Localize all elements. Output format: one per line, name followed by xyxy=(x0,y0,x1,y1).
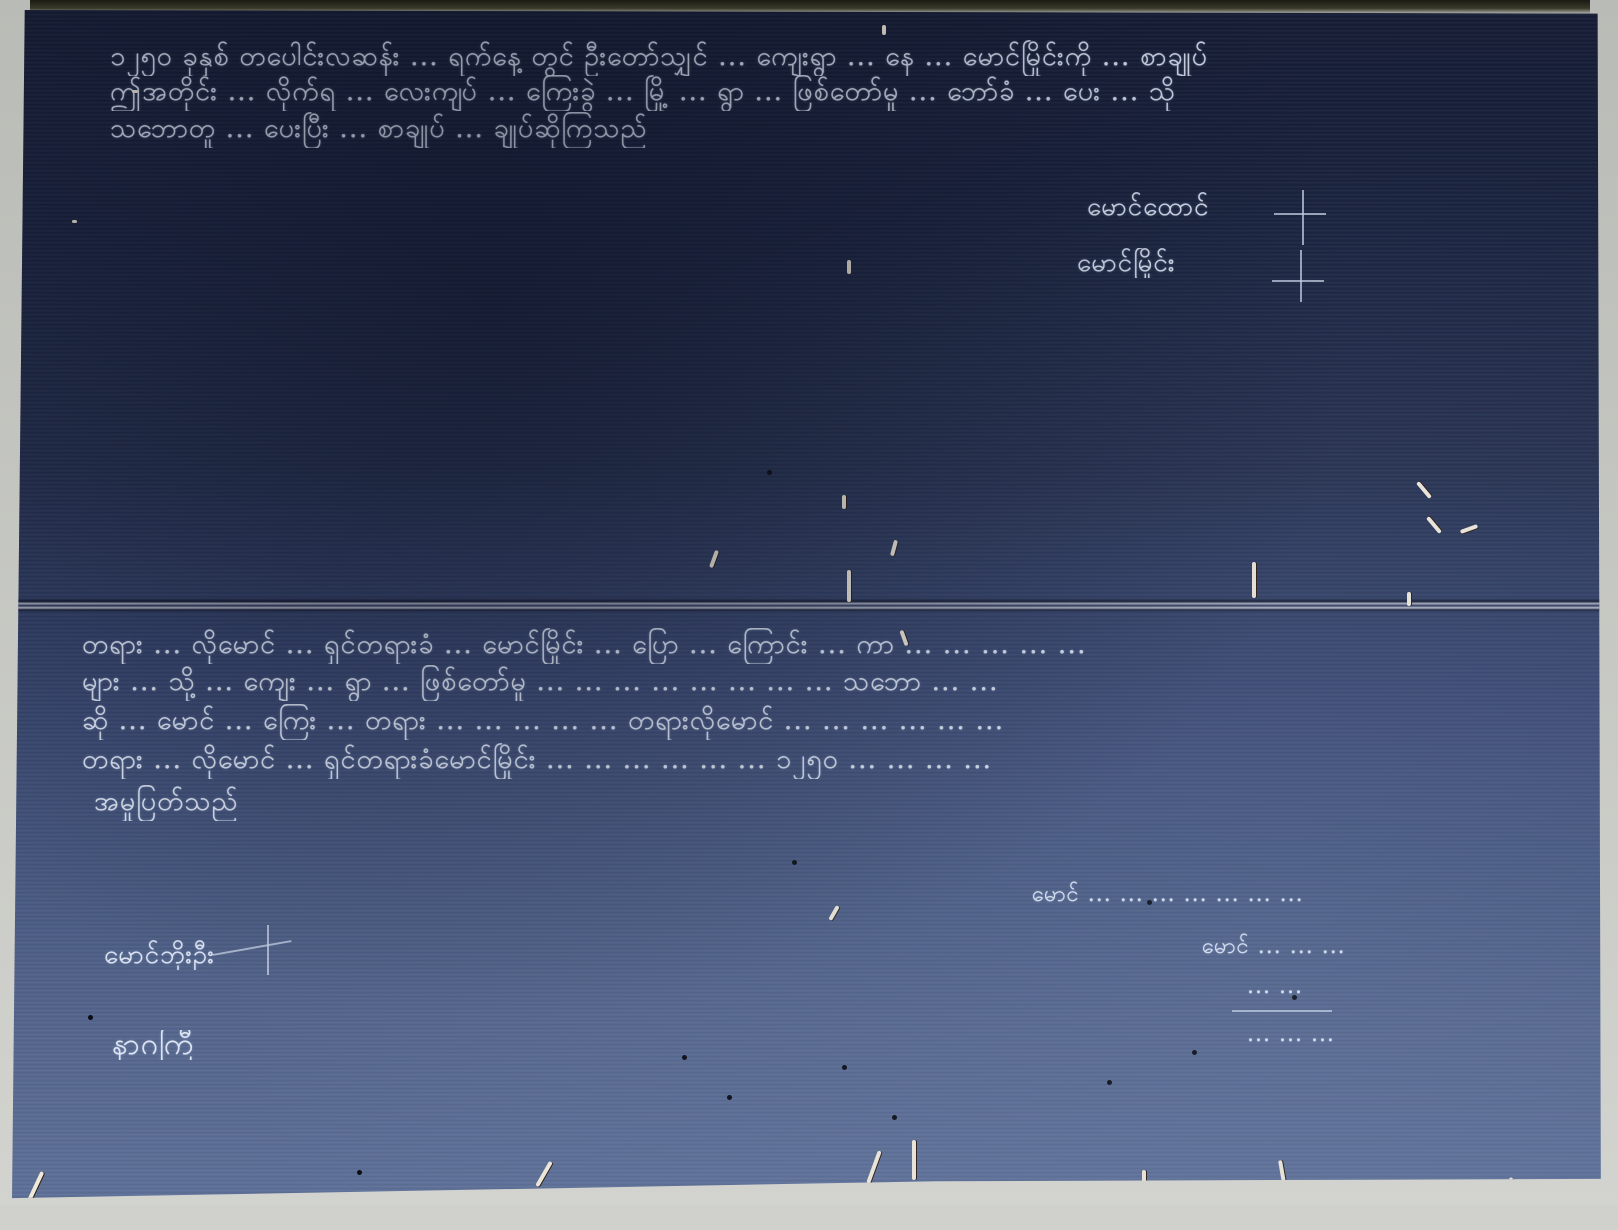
upper-text-line-1: ၁၂၅၀ ခုနှစ် တပေါင်းလဆန်း ... ရက်နေ့ တွင်… xyxy=(110,40,1550,76)
upper-name-2: မောင်မြိုင်း xyxy=(1077,248,1175,278)
lower-text-line-5: အမှုပြတ်သည် xyxy=(94,785,294,821)
witness-name-2: နာဂကြီ xyxy=(112,1030,194,1060)
witness-name-1: မောင်ဘိုးဦး xyxy=(104,940,215,970)
paper-fold xyxy=(12,598,1604,612)
signature-underline xyxy=(1232,1010,1332,1012)
upper-name-1: မောင်ထောင် xyxy=(1087,192,1209,222)
lower-text-line-1: တရား ... လိုမောင် ... ရှင်တရားခံ ... မော… xyxy=(82,628,1532,664)
lower-text-line-4: တရား ... လိုမောင် ... ရှင်တရားခံမောင်မြိ… xyxy=(82,743,1542,779)
signature-1: မောင် ... ... ... ... ... ... ... xyxy=(1032,880,1304,910)
parabaik-sheet: ၁၂၅၀ ခုနှစ် တပေါင်းလဆန်း ... ရက်နေ့ တွင်… xyxy=(12,10,1604,1215)
upper-text-line-2: ဤအတိုင်း ... လိုက်ရ ... လေးကျပ် ... ကြေး… xyxy=(110,75,1560,111)
bottom-margin xyxy=(0,1205,1618,1230)
lower-text-line-2: များ ... သို့ ... ကျေး ... ရွာ ... ဖြစ်တ… xyxy=(82,665,1532,701)
signature-2: မောင် ... ... ... xyxy=(1202,932,1346,962)
lower-text-line-3: ဆို ... မောင် ... ကြေး ... တရား ... ... … xyxy=(82,704,1542,740)
signature-4: ... ... ... xyxy=(1247,1020,1335,1050)
upper-text-line-3: သဘောတူ ... ပေးပြီး ... စာချုပ် ... ချုပ်… xyxy=(110,112,870,148)
